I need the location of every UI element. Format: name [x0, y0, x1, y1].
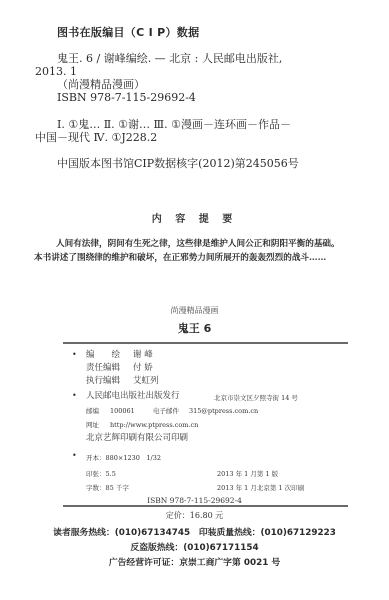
ad-license: 广告经营许可证：京崇工商广字第 0021 号: [0, 555, 389, 568]
email-label: 电子邮件: [153, 405, 179, 417]
printer: 北京艺辉印刷有限公司印刷: [86, 432, 188, 444]
book-title: 鬼王 6: [0, 320, 389, 336]
printed-sheets: 印张：5.5: [86, 468, 116, 480]
publisher: 人民邮电出版社出版发行: [86, 390, 180, 402]
exec-editor-name: 艾虹列: [133, 375, 159, 387]
cip-isbn: ISBN 978-7-115-29692-4: [57, 91, 196, 104]
cip-series: （尚漫精品漫画）: [57, 78, 145, 91]
cip-classification: Ⅰ. ①鬼… Ⅱ. ①谢… Ⅲ. ①漫画－连环画－作品－: [57, 118, 291, 131]
cip-library-number: 中国版本图书馆CIP数据核字(2012)第245056号: [57, 157, 299, 170]
cip-entry-date: 2013. 1: [35, 65, 77, 78]
website: http://www.ptpress.com.cn: [110, 419, 198, 431]
bullet-icon: •: [72, 450, 77, 462]
summary-line: 人间有法律，阴间有生死之律，这些律是维护人间公正和阴阳平衡的基础。: [56, 237, 340, 251]
word-count: 字数：85 千字: [86, 482, 129, 494]
cip-classification-cont: 中国－现代 Ⅳ. ①J228.2: [35, 131, 157, 144]
postcode: 100061: [110, 405, 135, 417]
bullet-icon: •: [72, 390, 77, 402]
cip-title: 图书在版编目（C I P）数据: [57, 24, 199, 40]
author-name: 谢 峰: [133, 349, 153, 361]
format: 开本：880×1230 1/32: [86, 452, 161, 464]
editor-name: 付 娇: [133, 362, 153, 374]
divider-top: [63, 342, 348, 344]
anti-piracy-hotline: 反盗版热线：(010)67171154: [0, 540, 389, 553]
reader-service-hotline: 读者服务热线：(010)67134745 印装质量热线：(010)6712922…: [0, 525, 389, 538]
email: 315@ptpress.com.cn: [189, 405, 258, 417]
editor-label: 责任编辑: [86, 362, 120, 374]
bullet-icon: •: [72, 349, 77, 361]
printing: 2013 年 1 月北京第 1 次印刷: [217, 482, 304, 494]
summary-title: 内 容 提 要: [0, 210, 389, 225]
website-label: 网址: [86, 419, 99, 431]
cip-entry-line: 鬼王. 6 / 谢峰编绘. — 北京 : 人民邮电出版社,: [57, 52, 282, 65]
publisher-address: 北京市崇文区夕照寺街 14 号: [214, 392, 298, 404]
series-name: 尚漫精品漫画: [0, 305, 389, 316]
price: 定价：16.80 元: [0, 510, 389, 522]
postcode-label: 邮编: [86, 405, 99, 417]
author-label: 编 绘: [86, 349, 120, 361]
edition: 2013 年 1 月第 1 版: [217, 468, 278, 480]
exec-editor-label: 执行编辑: [86, 375, 120, 387]
summary-line: 本书讲述了围绕律的维护和破坏，在正邪势力间所展开的轰轰烈烈的战斗……: [34, 251, 326, 265]
divider-bottom: [63, 505, 348, 507]
